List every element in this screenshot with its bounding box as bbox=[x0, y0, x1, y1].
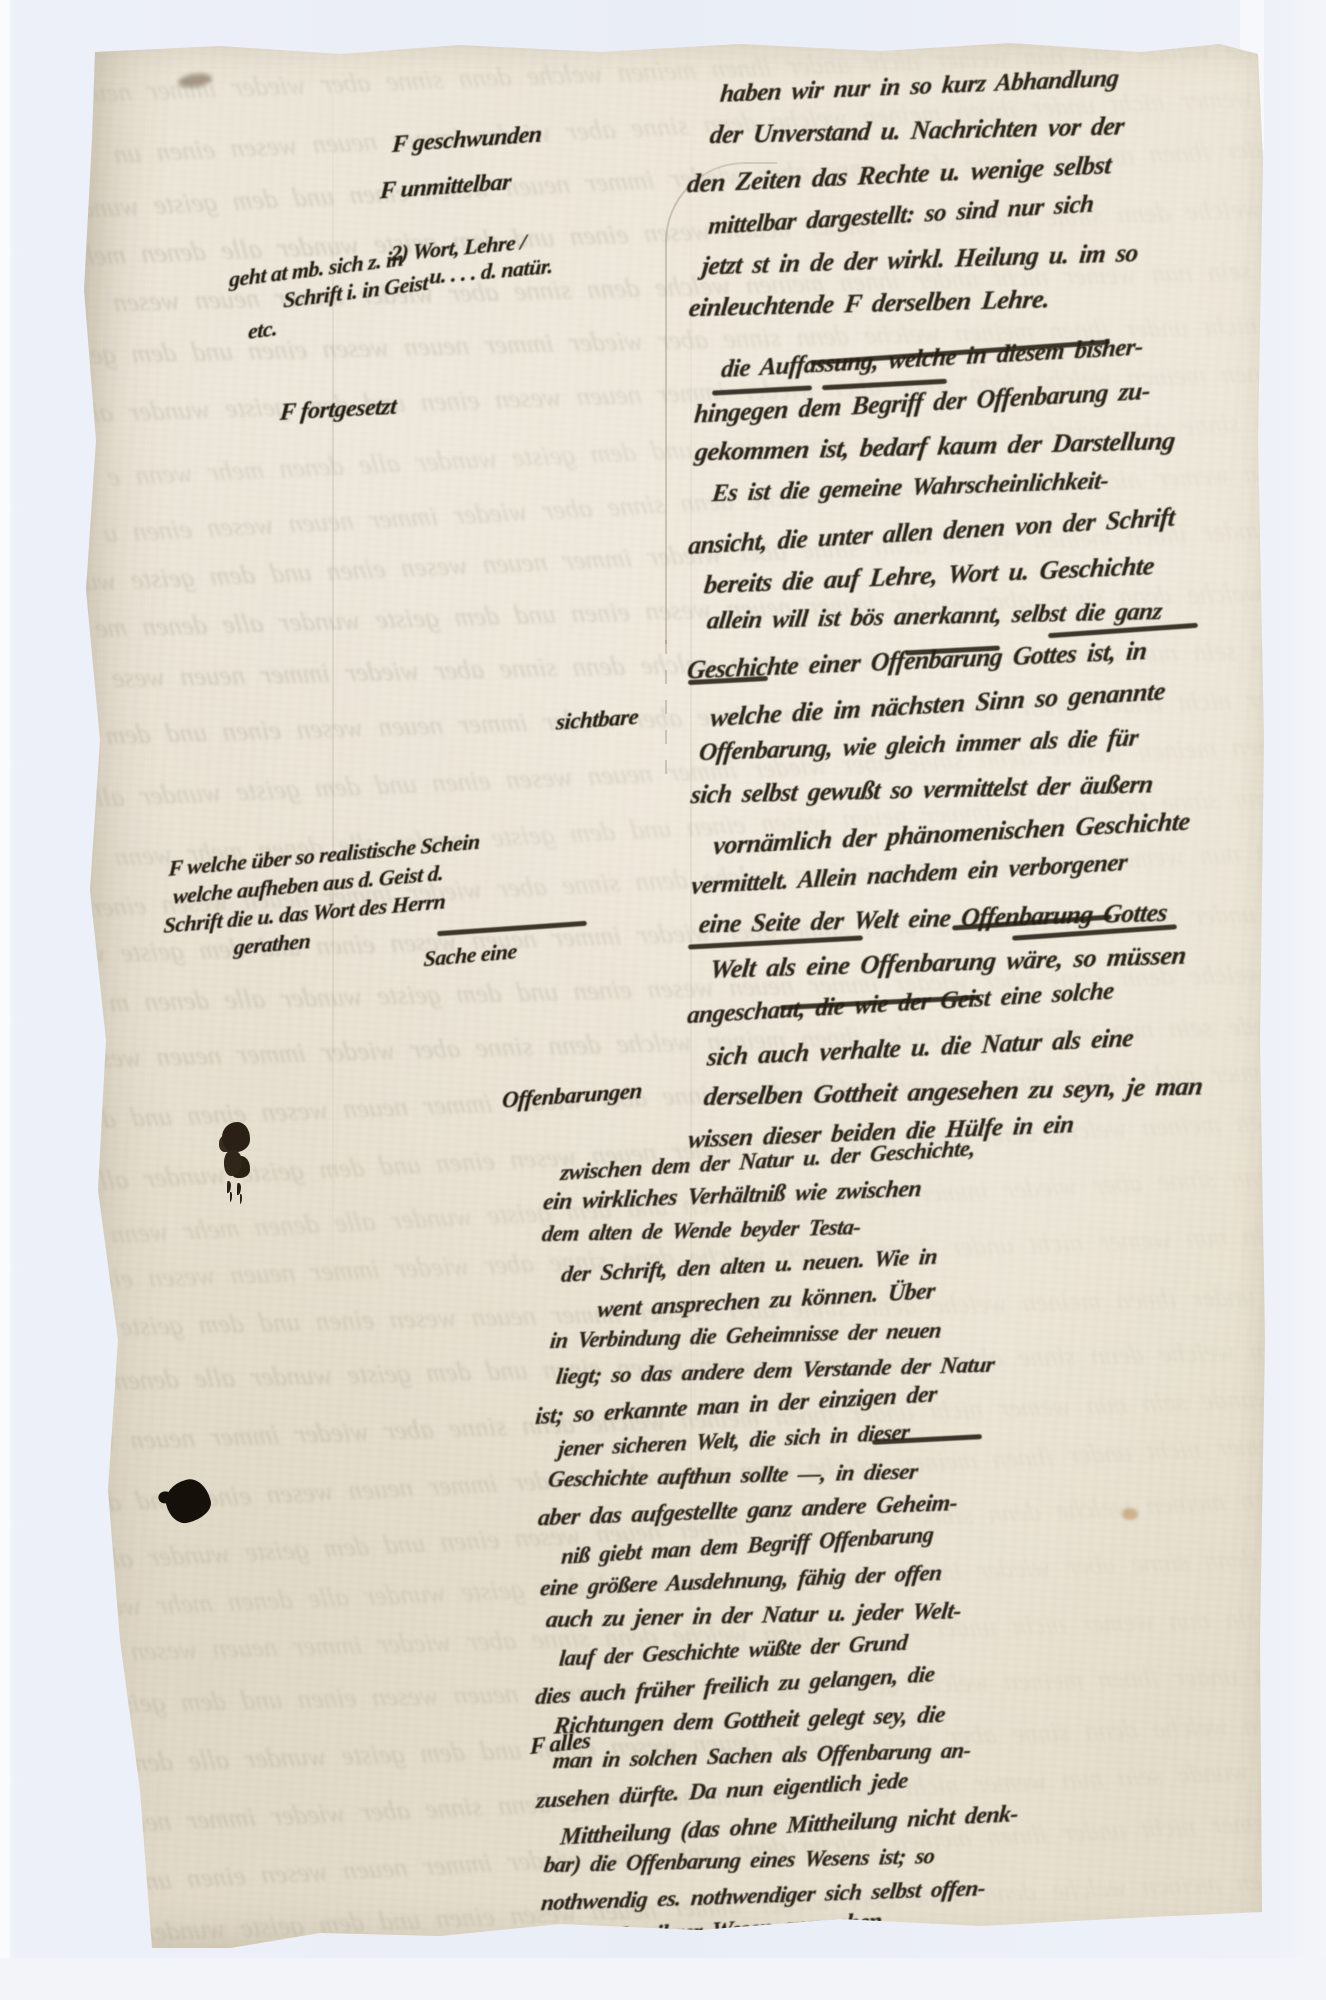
manuscript-text-line: auch zu jener in der Natur u. jeder Welt… bbox=[544, 1599, 962, 1635]
pencil-arc-dashed-tail bbox=[665, 640, 667, 790]
margin-note: geht at mb. sich z. inSchrift i. in Geis… bbox=[228, 241, 429, 347]
manuscript-page: mern alle wunde sein nun wemer nicht und… bbox=[80, 40, 1270, 1955]
manuscript-text-line: sich auch verhalte u. die Natur als eine bbox=[706, 1023, 1135, 1073]
margin-note-line: F geschwunden bbox=[391, 121, 542, 160]
ink-blot-small bbox=[162, 1475, 215, 1526]
margin-note: F fortgesetzt bbox=[279, 393, 398, 427]
manuscript-text-line: den Zeiten das Rechte u. wenige selbst bbox=[686, 149, 1113, 199]
manuscript-text-line: welche die im nächsten Sinn so genannte bbox=[709, 676, 1166, 734]
manuscript-text-line: angeschaut, die wie der Geist eine solch… bbox=[686, 978, 1115, 1031]
manuscript-text-line: Richtungen dem Gottheit gelegt sey, die bbox=[552, 1702, 946, 1741]
crease-line bbox=[332, 60, 334, 1320]
margin-note: sichtbare bbox=[555, 703, 639, 737]
manuscript-text-line: sich selbst gewußt so vermittelst der äu… bbox=[690, 770, 1155, 811]
ink-blot-large bbox=[214, 1122, 254, 1200]
bleedthrough-row: mern alle wunde sein nun wemer nicht und… bbox=[90, 30, 1326, 109]
manuscript-text-line: barender ihrer Wesen anzusehen. bbox=[560, 1908, 888, 1954]
manuscript-text-line: Offenbarung, wie gleich immer als die fü… bbox=[697, 725, 1139, 768]
manuscript-text-line: dem alten de Wende beyder Testa- bbox=[541, 1214, 862, 1247]
margin-note: F unmittelbar bbox=[379, 168, 512, 205]
scanner-background: mern alle wunde sein nun wemer nicht und… bbox=[0, 0, 1326, 2000]
margin-note-line: sichtbare bbox=[555, 703, 639, 737]
margin-note-line: Offenbarungen bbox=[501, 1077, 643, 1115]
manuscript-text-line: Welt als eine Offenbarung wäre, so müsse… bbox=[709, 940, 1188, 985]
manuscript-text-line: der Unverstand u. Nachrichten vor der bbox=[708, 112, 1125, 151]
margin-note-line: F fortgesetzt bbox=[279, 393, 398, 427]
manuscript-text-line: derselben Gottheit angesehen zu seyn, je… bbox=[702, 1071, 1204, 1113]
foxing-stain bbox=[1122, 1508, 1138, 1520]
manuscript-text-line: haben wir nur in so kurz Abhandlung bbox=[719, 65, 1120, 109]
manuscript-text-line: went ansprechen zu können. Über bbox=[596, 1278, 936, 1324]
margin-note: Offenbarungen bbox=[501, 1077, 643, 1115]
manuscript-text-line: zusehen dürfte. Da nun eigentlich jede bbox=[535, 1768, 909, 1815]
smudge-spot bbox=[177, 72, 212, 90]
scanner-edge-strip-left bbox=[0, 0, 10, 2000]
scanner-edge-strip-bottom bbox=[0, 1958, 1326, 2000]
margin-note: F geschwunden bbox=[391, 121, 542, 160]
margin-note-line: F unmittelbar bbox=[379, 168, 512, 205]
margin-note: F welche über so realistische Scheinwelc… bbox=[162, 824, 523, 996]
manuscript-text-line: nothwendig es. nothwendiger sich selbst … bbox=[540, 1875, 987, 1917]
manuscript-text-line: Geschichte aufthun sollte —, in dieser bbox=[546, 1459, 918, 1494]
